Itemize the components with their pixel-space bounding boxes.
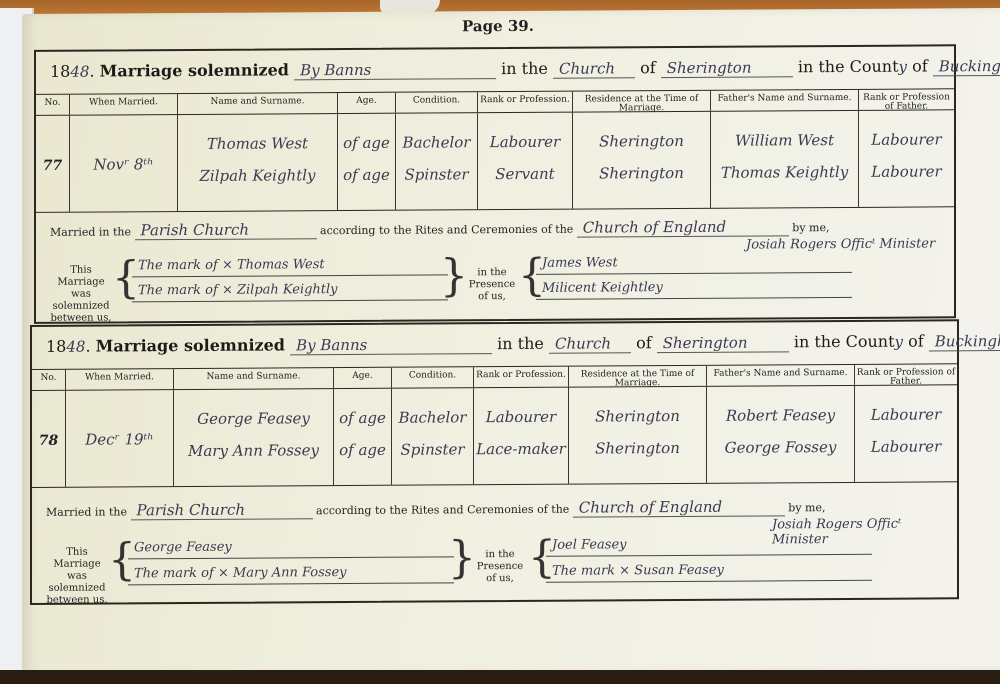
solemnized-by: By Banns (290, 335, 492, 355)
entry-heading: 1848. Marriage solemnized By Banns in th… (46, 331, 1000, 357)
marriage-entry-78: 1848. Marriage solemnized By Banns in th… (30, 319, 959, 605)
party-signature: The mark of × Thomas West (132, 256, 448, 277)
officiant-signature: Josiah Rogers Officᵗ Minister (746, 236, 935, 252)
parish: Sherington (661, 58, 793, 78)
place-type: Church (553, 59, 635, 79)
when-married: Decʳ 19ᵗʰ (66, 430, 173, 449)
table-row: 78 Decʳ 19ᵗʰ George FeaseyMary Ann Fosse… (32, 385, 957, 487)
groom-name: George Feasey (174, 409, 333, 428)
married-in-line: Married in the Parish Church according t… (50, 217, 830, 241)
married-in-line: Married in the Parish Church according t… (46, 497, 826, 521)
book-bottom-edge (0, 670, 1000, 684)
witness-signature: Milicent Keightley (536, 279, 852, 300)
bride-name: Zilpah Keightly (178, 166, 337, 185)
parish: Sherington (657, 333, 789, 353)
entry-number: 77 (36, 158, 69, 174)
register-page: Page 39. 1848. Marriage solemnized By Ba… (22, 8, 1000, 676)
register-table: No. When Married. Name and Surname. Age.… (32, 363, 957, 488)
when-married: Novʳ 8ᵗʰ (70, 155, 177, 174)
marriage-entry-77: 1848. Marriage solemnized By Banns in th… (34, 44, 956, 324)
county: Buckingham (929, 332, 1000, 352)
entry-heading: 1848. Marriage solemnized By Banns in th… (50, 56, 1000, 82)
party-signature: George Feasey (128, 538, 454, 559)
solemnized-by: By Banns (294, 60, 496, 80)
page-number: Page 39. (462, 17, 534, 35)
party-signature: The mark of × Zilpah Keightly (132, 281, 448, 302)
place-type: Church (549, 334, 631, 354)
entry-number: 78 (32, 433, 65, 449)
witness-signature: The mark × Susan Feasey (546, 562, 872, 583)
year-suffix: 48 (66, 338, 85, 356)
table-row: 77 Novʳ 8ᵗʰ Thomas WestZilpah Keightly o… (36, 110, 954, 212)
party-signature: The mark of × Mary Ann Fossey (128, 564, 454, 585)
year-suffix: 48 (70, 63, 89, 81)
witness-signature: James West (536, 254, 852, 275)
bride-name: Mary Ann Fossey (174, 441, 333, 460)
groom-name: Thomas West (178, 134, 337, 153)
county: Buckingham (933, 57, 1000, 77)
register-table: No. When Married. Name and Surname. Age.… (36, 88, 954, 213)
witness-signature: Joel Feasey (546, 536, 872, 557)
